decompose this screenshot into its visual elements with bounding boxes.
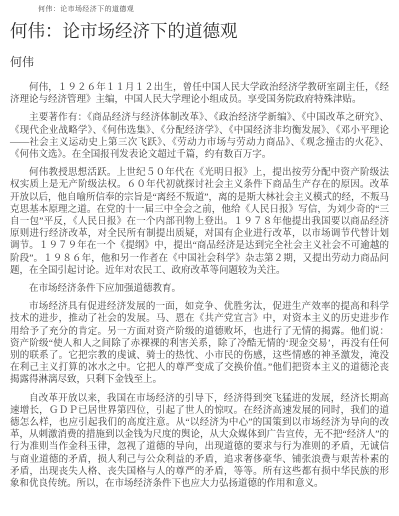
article-title: 何伟：论市场经济下的道德观 [10,21,389,42]
document-page: { "page_header": "何伟：论市场经济下的道德观", "artic… [0,0,399,516]
paragraph-market-economy: 市场经济具有促进经济发展的一面，如竞争、优胜劣汰，促进生产效率的提高和科学技术的… [10,301,389,386]
paragraph-career: 何伟教授思想活跃。上世纪５０年代在《光明日报》上，提出按劳分配中资产阶级法权实质… [10,167,389,277]
author-name: 何伟 [10,55,389,69]
paragraph-reform-morality: 自改革开放以来，我国在市场经济的引导下，经济得到突飞猛进的发展，经济长期高速增长… [10,393,389,491]
paragraph-bio: 何伟，１９２６年１１月１２出生，曾任中国人民大学政治经济学教研室副主任，《经济理… [10,82,389,106]
article-body: 何伟，１９２６年１１月１２出生，曾任中国人民大学政治经济学教研室副主任，《经济理… [10,82,389,490]
paragraph-works: 主要著作有：《商品经济与经济体制改革》、《政治经济学新编》、《中国改革之研究》、… [10,112,389,161]
page-running-header: 何伟：论市场经济下的道德观 [0,0,399,13]
paragraph-thesis-line: 在市场经济条件下应加强道德教育。 [10,283,389,295]
